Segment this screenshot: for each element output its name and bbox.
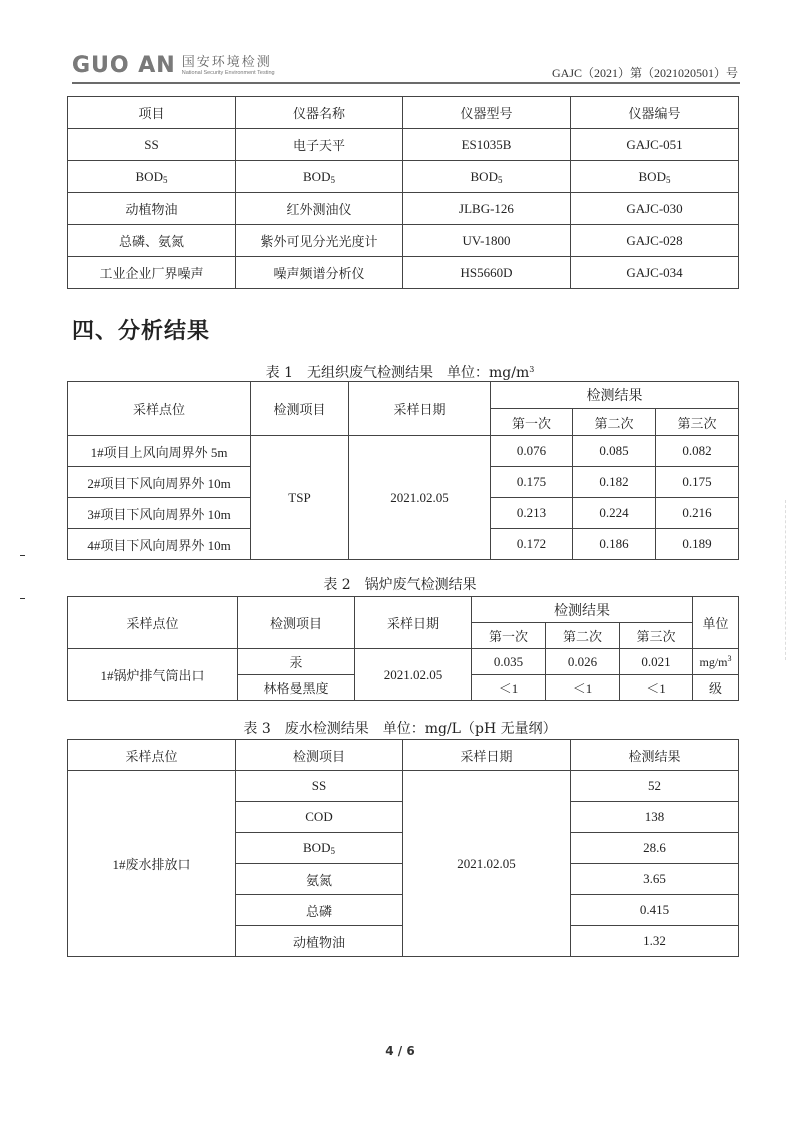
company-logo: GUO AN 国安环境检测 National Security Environm… (72, 54, 275, 78)
cell: 汞 (238, 649, 355, 675)
cell: 0.035 (472, 649, 546, 675)
page-header: GUO AN 国安环境检测 National Security Environm… (72, 50, 740, 84)
cell: 0.021 (620, 649, 693, 675)
page-number: 4 / 6 (0, 1044, 800, 1058)
cell: 1#锅炉排气筒出口 (68, 649, 238, 701)
header-cell: 检测结果 (491, 382, 739, 409)
header-cell: 仪器编号 (571, 97, 739, 129)
cell: 0.172 (491, 529, 573, 560)
cell: 林格曼黑度 (238, 675, 355, 701)
cell: SS (236, 771, 403, 802)
cell: 红外测油仪 (236, 193, 403, 225)
table-header-row: 采样点位 检测项目 采样日期 检测结果 (68, 382, 739, 409)
table-row: BOD5 BOD5 BOD5 BOD5 (68, 161, 739, 193)
document-number: GAJC（2021）第（2021020501）号 (552, 64, 738, 81)
header-cell: 采样点位 (68, 382, 251, 436)
table3-wastewater: 采样点位 检测项目 采样日期 检测结果 1#废水排放口 SS 2021.02.0… (67, 739, 739, 957)
cell: 0.082 (656, 436, 739, 467)
cell: 0.175 (491, 467, 573, 498)
logo-chinese-name: 国安环境检测 (182, 56, 275, 69)
table-header-row: 采样点位 检测项目 采样日期 检测结果 (68, 740, 739, 771)
cell: ＜1 (546, 675, 620, 701)
logo-mark: GUO AN (72, 55, 176, 77)
table-header-row: 采样点位 检测项目 采样日期 检测结果 单位 (68, 597, 739, 623)
table-row: SS 电子天平 ES1035B GAJC-051 (68, 129, 739, 161)
cell: SS (68, 129, 236, 161)
table-row: 总磷、氨氮 紫外可见分光光度计 UV-1800 GAJC-028 (68, 225, 739, 257)
cell: 0.182 (573, 467, 656, 498)
cell: ＜1 (620, 675, 693, 701)
instrument-table: 项目 仪器名称 仪器型号 仪器编号 SS 电子天平 ES1035B GAJC-0… (67, 96, 739, 289)
cell: BOD5 (236, 833, 403, 864)
cell: 0.076 (491, 436, 573, 467)
table-row: 动植物油 红外测油仪 JLBG-126 GAJC-030 (68, 193, 739, 225)
logo-english-name: National Security Environment Testing (182, 71, 275, 77)
cell: 3#项目下风向周界外 10m (68, 498, 251, 529)
cell: 52 (571, 771, 739, 802)
table-row: 1#废水排放口 SS 2021.02.05 52 (68, 771, 739, 802)
cell: 2021.02.05 (355, 649, 472, 701)
cell: 动植物油 (68, 193, 236, 225)
cell: 0.189 (656, 529, 739, 560)
cell: BOD5 (403, 161, 571, 193)
section-title: 四、分析结果 (72, 314, 210, 345)
cell: GAJC-030 (571, 193, 739, 225)
cell: 级 (693, 675, 739, 701)
header-cell: 第二次 (546, 623, 620, 649)
cell: BOD5 (236, 161, 403, 193)
cell: 总磷、氨氮 (68, 225, 236, 257)
header-cell: 检测项目 (251, 382, 349, 436)
cell: BOD5 (68, 161, 236, 193)
cell: HS5660D (403, 257, 571, 289)
header-cell: 项目 (68, 97, 236, 129)
table-row: 1#项目上风向周界外 5m TSP 2021.02.05 0.076 0.085… (68, 436, 739, 467)
binding-mark (20, 598, 25, 599)
table1-caption: 表 1 无组织废气检测结果 单位：mg/m3 (0, 362, 800, 382)
cell: ＜1 (472, 675, 546, 701)
header-cell: 仪器名称 (236, 97, 403, 129)
cell: 3.65 (571, 864, 739, 895)
cell: GAJC-051 (571, 129, 739, 161)
table1-fugitive-emissions: 采样点位 检测项目 采样日期 检测结果 第一次 第二次 第三次 1#项目上风向周… (67, 381, 739, 560)
cell: 0.415 (571, 895, 739, 926)
header-cell: 第三次 (620, 623, 693, 649)
cell: 工业企业厂界噪声 (68, 257, 236, 289)
cell: 2#项目下风向周界外 10m (68, 467, 251, 498)
cell: 4#项目下风向周界外 10m (68, 529, 251, 560)
binding-mark (20, 555, 25, 556)
cell: 氨氮 (236, 864, 403, 895)
cell: 0.026 (546, 649, 620, 675)
table2-caption: 表 2 锅炉废气检测结果 (0, 574, 800, 594)
cell: 2021.02.05 (403, 771, 571, 957)
cell: 0.224 (573, 498, 656, 529)
table-header-row: 项目 仪器名称 仪器型号 仪器编号 (68, 97, 739, 129)
cell: 0.186 (573, 529, 656, 560)
header-cell: 检测结果 (472, 597, 693, 623)
cell: 28.6 (571, 833, 739, 864)
cell: 噪声频谱分析仪 (236, 257, 403, 289)
seal-stamp-edge (785, 500, 800, 660)
cell: 0.175 (656, 467, 739, 498)
cell: UV-1800 (403, 225, 571, 257)
cell: 紫外可见分光光度计 (236, 225, 403, 257)
cell: JLBG-126 (403, 193, 571, 225)
header-cell: 单位 (693, 597, 739, 649)
cell: mg/m3 (693, 649, 739, 675)
cell: BOD5 (571, 161, 739, 193)
cell: 1.32 (571, 926, 739, 957)
cell: 138 (571, 802, 739, 833)
header-cell: 采样点位 (68, 597, 238, 649)
header-cell: 采样日期 (403, 740, 571, 771)
header-cell: 检测项目 (238, 597, 355, 649)
header-cell: 采样点位 (68, 740, 236, 771)
header-cell: 仪器型号 (403, 97, 571, 129)
cell: ES1035B (403, 129, 571, 161)
header-cell: 第三次 (656, 409, 739, 436)
header-cell: 第一次 (491, 409, 573, 436)
header-cell: 检测项目 (236, 740, 403, 771)
cell: 总磷 (236, 895, 403, 926)
table2-boiler-emissions: 采样点位 检测项目 采样日期 检测结果 单位 第一次 第二次 第三次 1#锅炉排… (67, 596, 739, 701)
cell: GAJC-028 (571, 225, 739, 257)
table3-caption: 表 3 废水检测结果 单位：mg/L（pH 无量纲） (0, 718, 800, 738)
cell: 2021.02.05 (349, 436, 491, 560)
cell: 0.216 (656, 498, 739, 529)
header-cell: 第一次 (472, 623, 546, 649)
header-cell: 采样日期 (355, 597, 472, 649)
cell: COD (236, 802, 403, 833)
cell: 0.213 (491, 498, 573, 529)
table-row: 工业企业厂界噪声 噪声频谱分析仪 HS5660D GAJC-034 (68, 257, 739, 289)
header-cell: 采样日期 (349, 382, 491, 436)
cell: TSP (251, 436, 349, 560)
cell: 动植物油 (236, 926, 403, 957)
cell: 0.085 (573, 436, 656, 467)
cell: GAJC-034 (571, 257, 739, 289)
cell: 1#项目上风向周界外 5m (68, 436, 251, 467)
cell: 1#废水排放口 (68, 771, 236, 957)
header-cell: 第二次 (573, 409, 656, 436)
cell: 电子天平 (236, 129, 403, 161)
header-cell: 检测结果 (571, 740, 739, 771)
table-row: 1#锅炉排气筒出口 汞 2021.02.05 0.035 0.026 0.021… (68, 649, 739, 675)
